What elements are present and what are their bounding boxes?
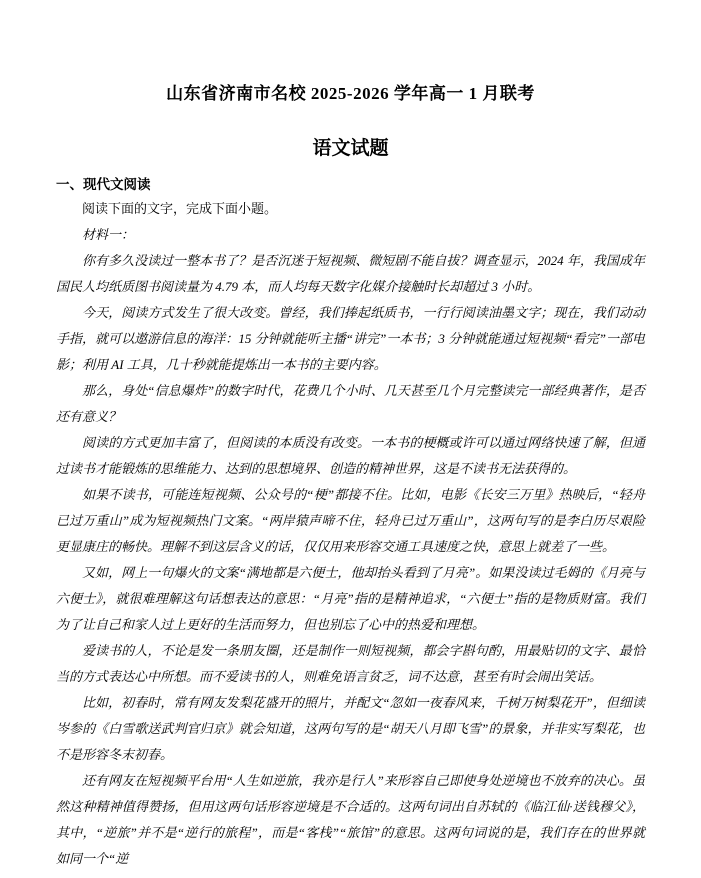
exam-title: 山东省济南市名校 2025-2026 学年高一 1 月联考 [56, 82, 645, 106]
section-heading-modern-reading: 一、现代文阅读 [56, 174, 645, 196]
material-paragraph: 阅读的方式更加丰富了，但阅读的本质没有改变。一本书的梗概或许可以通过网络快速了解… [56, 430, 645, 482]
material-paragraph: 又如，网上一句爆火的文案“满地都是六便士，他却抬头看到了月亮”。如果没读过毛姆的… [56, 560, 645, 638]
material-paragraph: 爱读书的人，不论是发一条朋友圈，还是制作一则短视频，都会字斟句酌，用最贴切的文字… [56, 638, 645, 690]
material-paragraph: 你有多久没读过一整本书了？是否沉迷于短视频、微短剧不能自拔？调查显示，2024 … [56, 248, 645, 300]
material-paragraph: 还有网友在短视频平台用“人生如逆旅，我亦是行人”来形容自己即使身处逆境也不放弃的… [56, 768, 645, 872]
exam-paper-page: 山东省济南市名校 2025-2026 学年高一 1 月联考 语文试题 一、现代文… [0, 0, 701, 878]
exam-subtitle: 语文试题 [56, 136, 645, 162]
material-one-label: 材料一： [56, 222, 645, 248]
material-paragraph: 今天，阅读方式发生了很大改变。曾经，我们捧起纸质书，一行行阅读油墨文字；现在，我… [56, 300, 645, 378]
material-paragraph: 如果不读书，可能连短视频、公众号的“梗”都接不住。比如，电影《长安三万里》热映后… [56, 482, 645, 560]
material-paragraph: 比如，初春时，常有网友发梨花盛开的照片，并配文“忽如一夜春风来，千树万树梨花开”… [56, 690, 645, 768]
material-paragraph: 那么，身处“信息爆炸”的数字时代，花费几个小时、几天甚至几个月完整读完一部经典著… [56, 378, 645, 430]
reading-instruction: 阅读下面的文字，完成下面小题。 [56, 196, 645, 222]
